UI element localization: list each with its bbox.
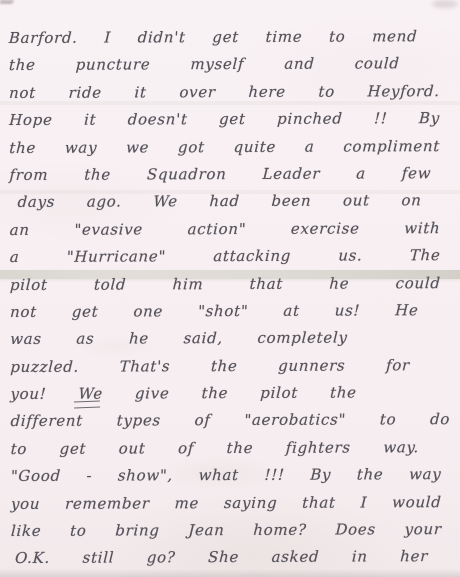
letter-line: pilot told him that he could xyxy=(9,270,441,299)
letter-line: O.K. still go? She asked in her xyxy=(14,544,428,573)
scan-edge-smudge xyxy=(0,0,14,4)
letter-line: "Good - show", what !!! By the way xyxy=(10,461,442,490)
letter-line: the puncture myself and could xyxy=(8,51,400,80)
letter-line: an "evasive action" exercise with xyxy=(9,215,441,244)
letter-line: was as he said, completely xyxy=(10,325,349,354)
scan-edge-smudge xyxy=(432,0,458,8)
letter-line: Hope it doesn't get pinched !! By xyxy=(9,105,441,134)
letter-line: not get one "shot" at us! He xyxy=(9,297,419,326)
letter-page: Barford. I didn't get time to mend the p… xyxy=(0,0,460,577)
letter-body: Barford. I didn't get time to mend the p… xyxy=(9,23,455,573)
letter-line: days ago. We had been out on xyxy=(17,188,422,217)
letter-line: different types of "aerobatics" to do xyxy=(10,407,451,436)
letter-line: Barford. I didn't get time to mend xyxy=(8,23,418,52)
letter-line: you! We give the pilot the xyxy=(10,380,358,409)
letter-line: like to bring Jean home? Does your xyxy=(10,516,442,545)
letter-line: not ride it over here to Heyford. xyxy=(8,78,440,107)
letter-line: puzzled. That's the gunners for xyxy=(10,352,411,381)
letter-line: from the Squadron Leader a few xyxy=(9,160,432,189)
letter-line: the way we got quite a compliment xyxy=(9,133,441,162)
letter-line: you remember me saying that I would xyxy=(10,489,442,518)
letter-line: to get out of the fighters way. xyxy=(10,434,420,463)
letter-line: a "Hurricane" attacking us. The xyxy=(9,242,441,271)
